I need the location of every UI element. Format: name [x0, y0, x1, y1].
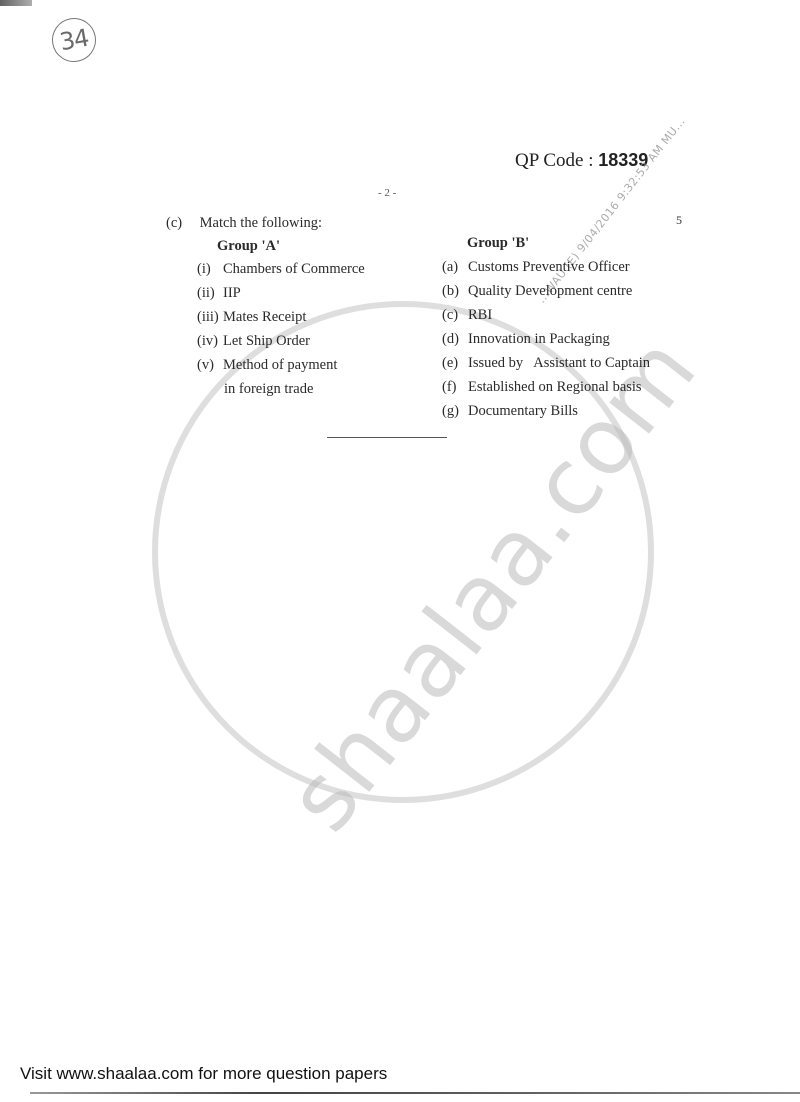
item-number: (v)	[197, 353, 223, 377]
list-item: (e)Issued by Assistant to Captain	[442, 351, 650, 375]
list-item: (iv)Let Ship Order	[197, 329, 365, 353]
list-item: (iii)Mates Receipt	[197, 305, 365, 329]
item-number: (f)	[442, 375, 468, 399]
item-text: Let Ship Order	[223, 333, 310, 349]
question-number: (c)	[166, 215, 196, 232]
list-item: (ii)IIP	[197, 281, 365, 305]
item-text: Chambers of Commerce	[223, 261, 365, 277]
item-text: RBI	[468, 307, 492, 323]
handwritten-page-number: 34	[49, 15, 100, 66]
list-item: (b)Quality Development centre	[442, 279, 650, 303]
item-number: (ii)	[197, 281, 223, 305]
question-label: (c) Match the following:	[166, 215, 322, 232]
question-instruction: Match the following:	[200, 215, 322, 231]
qp-code: QP Code : 18339	[515, 150, 648, 172]
item-text: IIP	[223, 285, 241, 301]
item-number: (i)	[197, 257, 223, 281]
item-text: Established on Regional basis	[468, 379, 642, 395]
list-item: (f)Established on Regional basis	[442, 375, 650, 399]
item-text: Quality Development centre	[468, 283, 632, 299]
item-number: (d)	[442, 327, 468, 351]
item-text-continuation: in foreign trade	[197, 377, 365, 401]
item-number: (b)	[442, 279, 468, 303]
group-b-list: (a)Customs Preventive Officer(b)Quality …	[442, 255, 650, 423]
page-marker: - 2 -	[378, 187, 396, 199]
item-text: Customs Preventive Officer	[468, 259, 630, 275]
item-number: (iv)	[197, 329, 223, 353]
qp-code-label: QP Code :	[515, 150, 593, 171]
footer-rule	[30, 1092, 800, 1094]
group-a-heading: Group 'A'	[217, 238, 280, 255]
item-number: (a)	[442, 255, 468, 279]
list-item: (c)RBI	[442, 303, 650, 327]
group-b-heading: Group 'B'	[467, 235, 529, 252]
item-text: Documentary Bills	[468, 403, 578, 419]
list-item: (d)Innovation in Packaging	[442, 327, 650, 351]
item-text: Mates Receipt	[223, 309, 306, 325]
item-number: (c)	[442, 303, 468, 327]
item-text: Method of payment	[223, 357, 337, 373]
item-text: Issued by Assistant to Captain	[468, 355, 650, 371]
qp-code-value: 18339	[598, 150, 648, 170]
end-of-question-rule	[327, 437, 447, 438]
list-item: (i)Chambers of Commerce	[197, 257, 365, 281]
question-marks: 5	[676, 213, 682, 228]
list-item: (g)Documentary Bills	[442, 399, 650, 423]
scan-edge-shadow	[0, 0, 32, 6]
footer-promo-text: Visit www.shaalaa.com for more question …	[20, 1064, 387, 1084]
item-text: Innovation in Packaging	[468, 331, 610, 347]
item-number: (g)	[442, 399, 468, 423]
item-number: (e)	[442, 351, 468, 375]
item-number: (iii)	[197, 305, 223, 329]
group-a-list: (i)Chambers of Commerce(ii)IIP(iii)Mates…	[197, 257, 365, 401]
list-item: (v)Method of payment	[197, 353, 365, 377]
list-item: (a)Customs Preventive Officer	[442, 255, 650, 279]
